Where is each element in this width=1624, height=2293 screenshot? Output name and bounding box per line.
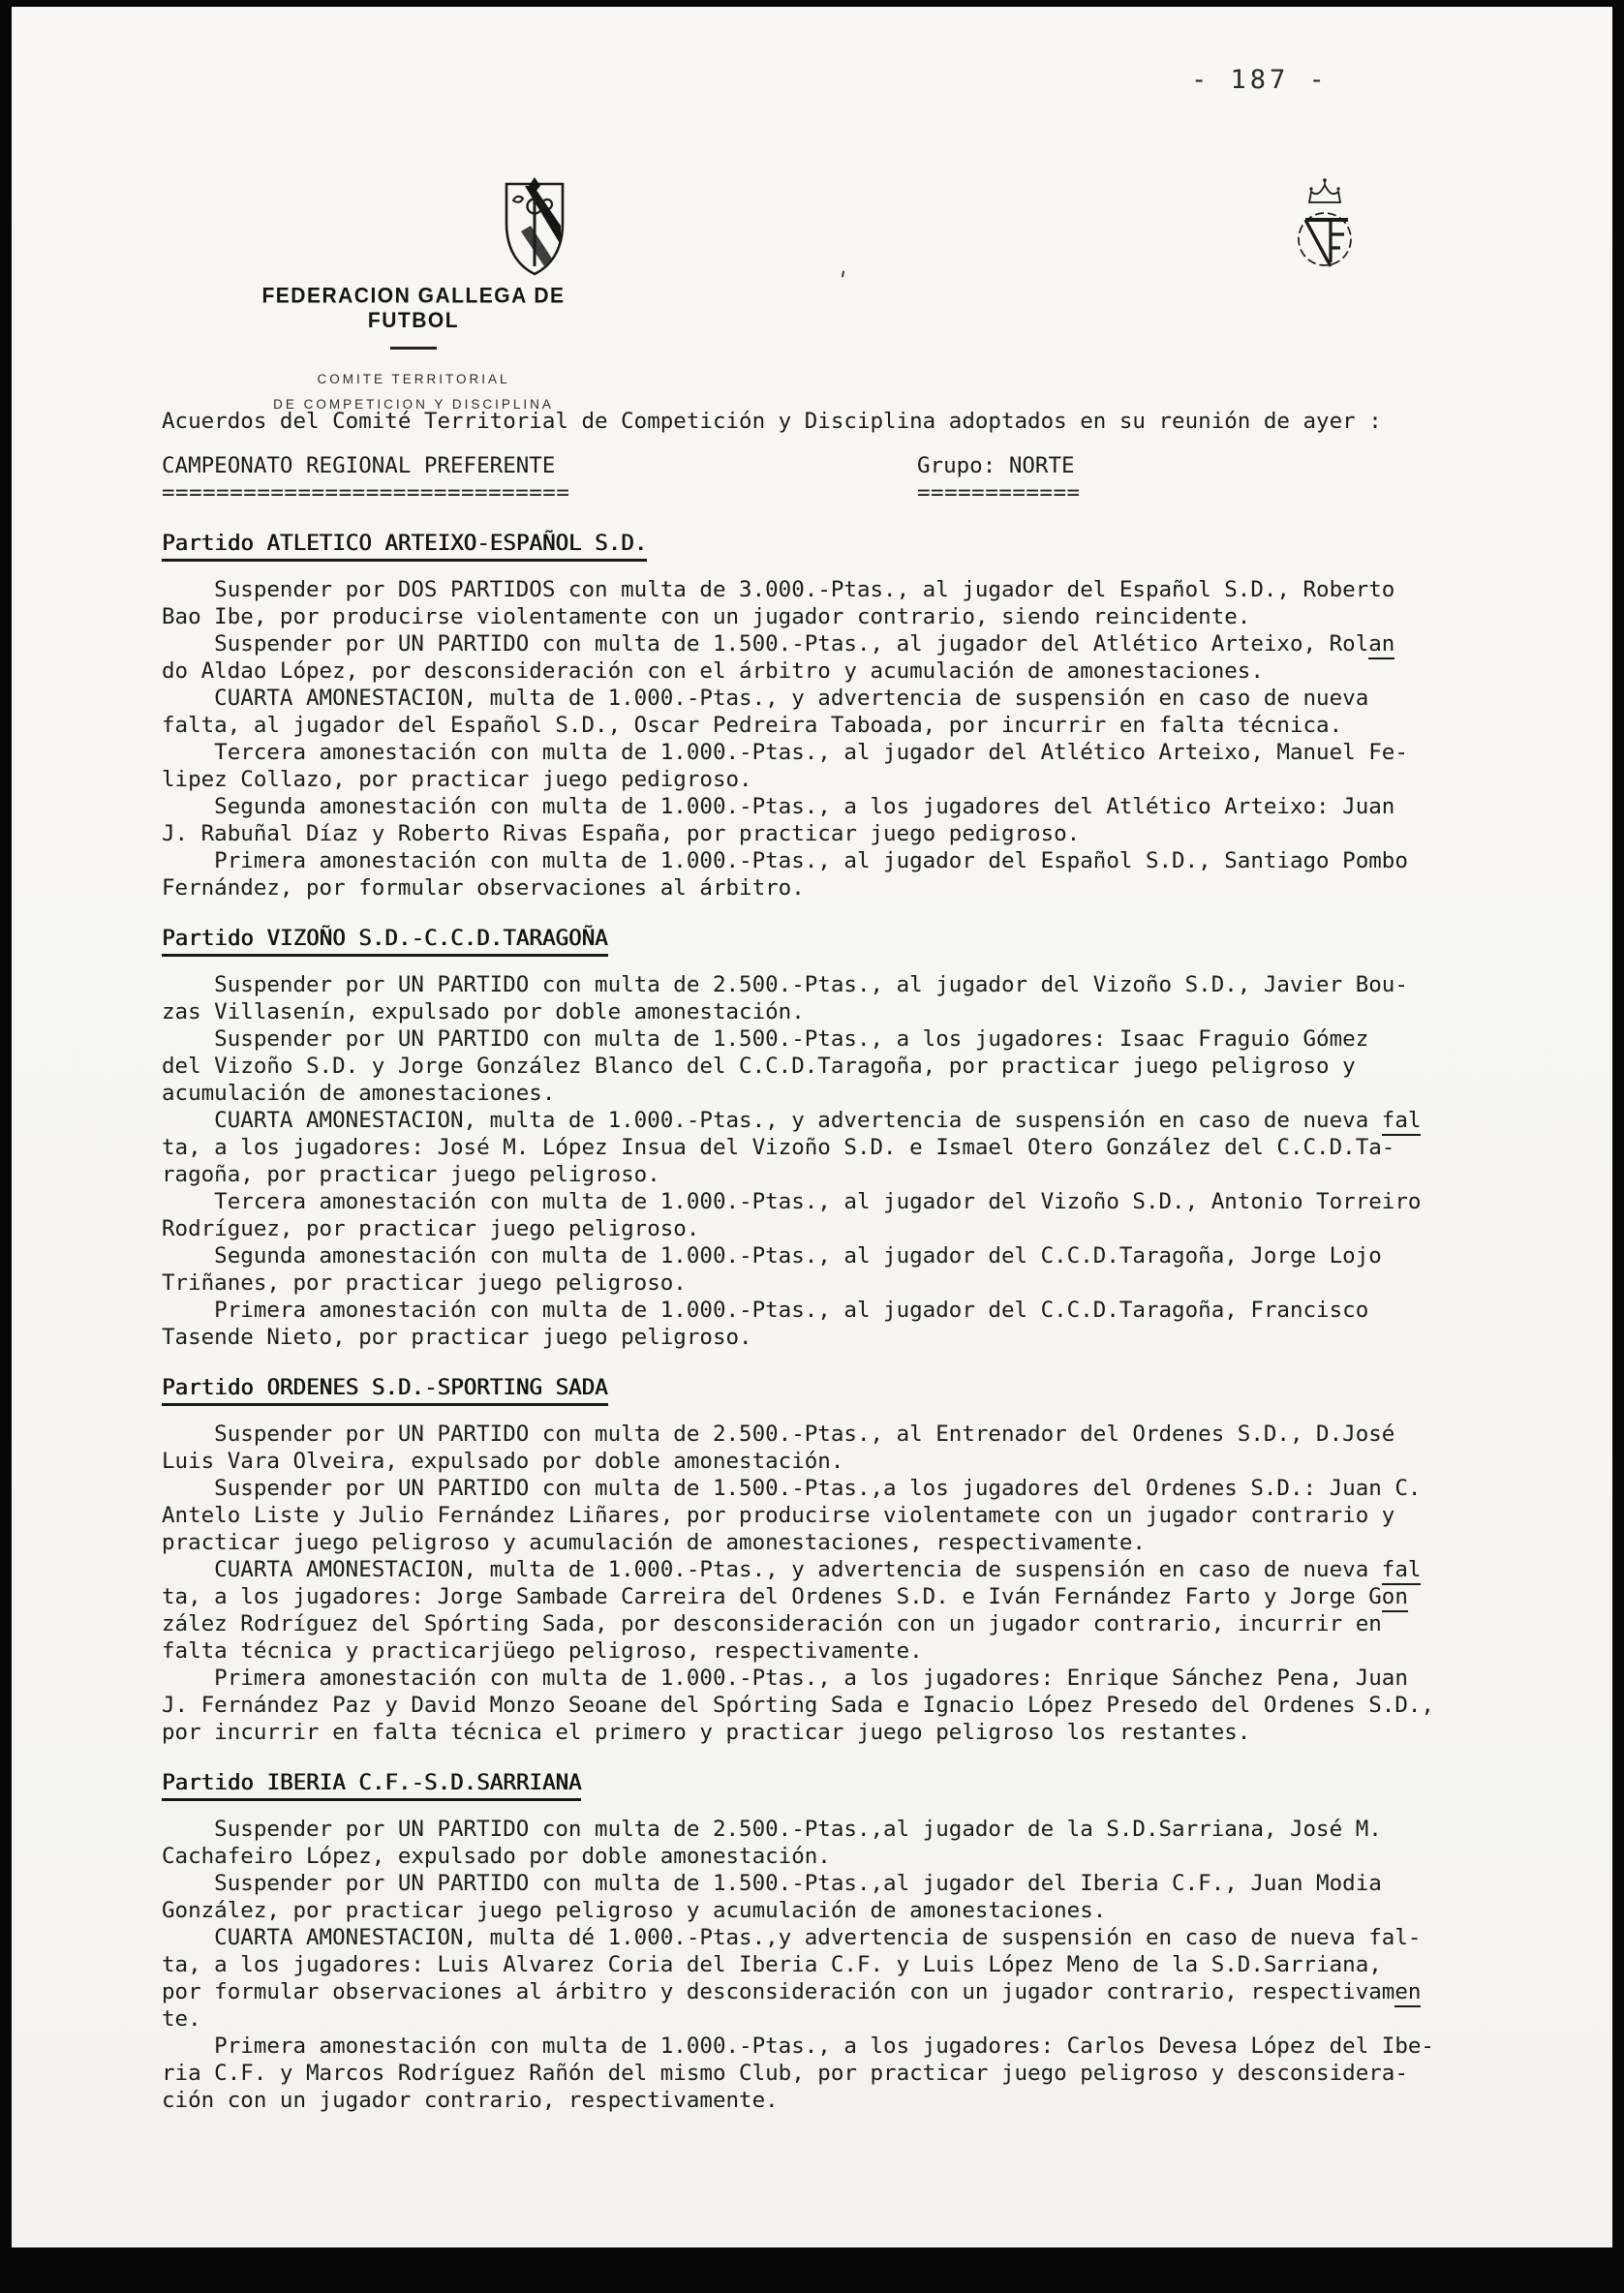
hyphenation-underline: an: [1368, 631, 1394, 659]
match-section: Partido ATLETICO ARTEIXO-ESPAÑOL S.D. Su…: [162, 530, 1590, 902]
text-line: Suspender por UN PARTIDO con multa de 2.…: [162, 1816, 1590, 1843]
championship-header: CAMPEONATO REGIONAL PREFERENTE =========…: [162, 452, 1590, 506]
document-body: Acuerdos del Comité Territorial de Compe…: [162, 408, 1590, 2114]
text-line: acumulación de amonestaciones.: [162, 1080, 1590, 1107]
text-line: Tercera amonestación con multa de 1.000.…: [162, 739, 1590, 766]
text-line: Triñanes, por practicar juego peligroso.: [162, 1269, 1590, 1297]
section-title: Partido ORDENES S.D.-SPORTING SADA: [162, 1374, 608, 1406]
page-number: - 187 -: [1191, 65, 1329, 95]
hyphenation-underline: en: [1394, 1979, 1421, 2007]
championship-rule: ==============================: [162, 479, 569, 506]
group-label: Grupo: NORTE: [917, 452, 1081, 479]
championship-title: CAMPEONATO REGIONAL PREFERENTE: [162, 452, 569, 479]
text-line: Segunda amonestación con multa de 1.000.…: [162, 1242, 1590, 1269]
section-title: Partido ATLETICO ARTEIXO-ESPAÑOL S.D.: [162, 530, 647, 562]
text-line: ria C.F. y Marcos Rodríguez Rañón del mi…: [162, 2060, 1590, 2087]
match-section: Partido ORDENES S.D.-SPORTING SADA Suspe…: [162, 1374, 1590, 1746]
text-line: J. Fernández Paz y David Monzo Seoane de…: [162, 1692, 1590, 1719]
text-line: falta, al jugador del Español S.D., Osca…: [162, 712, 1590, 739]
text-line: Primera amonestación con multa de 1.000.…: [162, 847, 1590, 874]
hyphenation-underline: on: [1382, 1584, 1408, 1612]
text-line: falta técnica y practicarjüego peligroso…: [162, 1637, 1590, 1665]
hyphenation-underline: fal: [1382, 1557, 1422, 1585]
text-line: por incurrir en falta técnica el primero…: [162, 1719, 1590, 1746]
sections: Partido ATLETICO ARTEIXO-ESPAÑOL S.D. Su…: [162, 530, 1590, 2114]
text-line: Suspender por UN PARTIDO con multa de 1.…: [162, 630, 1590, 657]
text-line: Cachafeiro López, expulsado por doble am…: [162, 1843, 1590, 1870]
text-line: Rodríguez, por practicar juego peligroso…: [162, 1215, 1590, 1242]
text-line: Bao Ibe, por producirse violentamente co…: [162, 603, 1590, 630]
text-line: Suspender por UN PARTIDO con multa de 2.…: [162, 971, 1590, 998]
fgf-shield-logo: [502, 177, 567, 282]
text-line: por formular observaciones al árbitro y …: [162, 1978, 1590, 2005]
text-line: Fernández, por formular observaciones al…: [162, 874, 1590, 902]
section-title: Partido IBERIA C.F.-S.D.SARRIANA: [162, 1769, 581, 1801]
group-rule: ============: [917, 479, 1081, 506]
text-line: CUARTA AMONESTACION, multa de 1.000.-Pta…: [162, 1556, 1590, 1583]
text-line: González, por practicar juego peligroso …: [162, 1897, 1590, 1924]
scan-artifact-mark: ': [832, 265, 851, 294]
text-line: do Aldao López, por desconsideración con…: [162, 657, 1590, 685]
document-page: - 187 - FEDERACION GALLEGA DE FUTBOL COM…: [12, 7, 1612, 2247]
text-line: Suspender por DOS PARTIDOS con multa de …: [162, 576, 1590, 603]
text-line: Primera amonestación con multa de 1.000.…: [162, 1665, 1590, 1692]
text-line: practicar juego peligroso y acumulación …: [162, 1529, 1590, 1556]
letterhead-rule: [390, 346, 437, 350]
text-line: Suspender por UN PARTIDO con multa de 1.…: [162, 1870, 1590, 1897]
match-section: Partido IBERIA C.F.-S.D.SARRIANA Suspend…: [162, 1769, 1590, 2114]
text-line: Segunda amonestación con multa de 1.000.…: [162, 793, 1590, 820]
hyphenation-underline: fal: [1382, 1108, 1422, 1136]
text-line: lipez Collazo, por practicar juego pedig…: [162, 766, 1590, 793]
text-line: Tasende Nieto, por practicar juego pelig…: [162, 1324, 1590, 1351]
text-line: CUARTA AMONESTACION, multa de 1.000.-Pta…: [162, 1107, 1590, 1134]
text-line: zález Rodríguez del Spórting Sada, por d…: [162, 1610, 1590, 1637]
text-line: ragoña, por practicar juego peligroso.: [162, 1161, 1590, 1188]
text-line: Primera amonestación con multa de 1.000.…: [162, 1297, 1590, 1324]
text-line: Suspender por UN PARTIDO con multa de 2.…: [162, 1421, 1590, 1448]
federation-crest-logo: [1288, 173, 1362, 291]
text-line: Antelo Liste y Julio Fernández Liñares, …: [162, 1502, 1590, 1529]
text-line: Luis Vara Olveira, expulsado por doble a…: [162, 1448, 1590, 1475]
text-line: Primera amonestación con multa de 1.000.…: [162, 2033, 1590, 2060]
text-line: Suspender por UN PARTIDO con multa de 1.…: [162, 1025, 1590, 1053]
text-line: ta, a los jugadores: Luis Alvarez Coria …: [162, 1951, 1590, 1978]
text-line: CUARTA AMONESTACION, multa dé 1.000.-Pta…: [162, 1924, 1590, 1951]
text-line: te.: [162, 2005, 1590, 2033]
text-line: ta, a los jugadores: Jorge Sambade Carre…: [162, 1583, 1590, 1610]
section-title: Partido VIZOÑO S.D.-C.C.D.TARAGOÑA: [162, 925, 608, 957]
text-line: J. Rabuñal Díaz y Roberto Rivas España, …: [162, 820, 1590, 847]
match-section: Partido VIZOÑO S.D.-C.C.D.TARAGOÑA Suspe…: [162, 925, 1590, 1351]
text-line: zas Villasenín, expulsado por doble amon…: [162, 998, 1590, 1025]
committee-line-1: COMITE TERRITORIAL: [225, 367, 602, 392]
text-line: Tercera amonestación con multa de 1.000.…: [162, 1188, 1590, 1215]
intro-line: Acuerdos del Comité Territorial de Compe…: [162, 408, 1590, 435]
scanned-document: { "page": { "number": "- 187 -", "letter…: [0, 0, 1624, 2293]
text-line: del Vizoño S.D. y Jorge González Blanco …: [162, 1053, 1590, 1080]
text-line: ción con un jugador contrario, respectiv…: [162, 2087, 1590, 2114]
text-line: Suspender por UN PARTIDO con multa de 1.…: [162, 1475, 1590, 1502]
letterhead: FEDERACION GALLEGA DE FUTBOL COMITE TERR…: [225, 286, 602, 417]
text-line: CUARTA AMONESTACION, multa de 1.000.-Pta…: [162, 685, 1590, 712]
text-line: ta, a los jugadores: José M. López Insua…: [162, 1134, 1590, 1161]
letterhead-org-name: FEDERACION GALLEGA DE FUTBOL: [225, 285, 602, 333]
